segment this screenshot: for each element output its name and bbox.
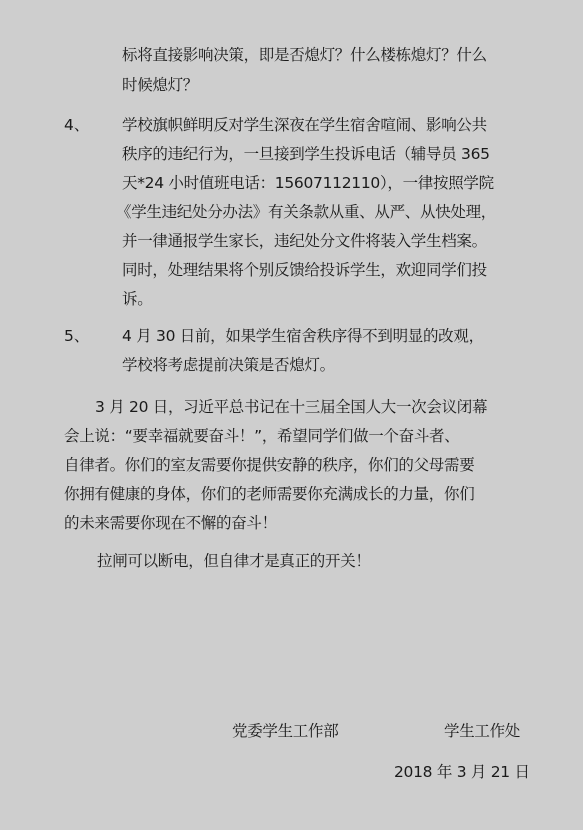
text-line: 天*24 小时值班电话：15607112110），一律按照学院 bbox=[122, 173, 494, 193]
text-line: 学校将考虑提前决策是否熄灯。 bbox=[122, 355, 335, 375]
text-line: 秩序的违纪行为，一旦接到学生投诉电话（辅导员 365 bbox=[122, 144, 490, 164]
signature-date: 2018 年 3 月 21 日 bbox=[394, 762, 530, 782]
text-line: 并一律通报学生家长，违纪处分文件将装入学生档案。 bbox=[122, 231, 487, 251]
list-number: 4、 bbox=[64, 115, 89, 135]
text-line: 4 月 30 日前，如果学生宿舍秩序得不到明显的改观， bbox=[122, 326, 484, 346]
text-line: 同时，处理结果将个别反馈给投诉学生，欢迎同学们投 bbox=[122, 260, 487, 280]
signature-department-1: 党委学生工作部 bbox=[232, 721, 338, 741]
text-line: 《学生违纪处分办法》有关条款从重、从严、从快处理， bbox=[116, 202, 496, 222]
text-line: 你拥有健康的身体，你们的老师需要你充满成长的力量，你们 bbox=[64, 484, 474, 504]
text-line: 标将直接影响决策，即是否熄灯？什么楼栋熄灯？什么 bbox=[122, 45, 487, 65]
text-line: 3 月 20 日，习近平总书记在十三届全国人大一次会议闭幕 bbox=[95, 397, 487, 417]
list-number: 5、 bbox=[64, 326, 89, 346]
signature-department-2: 学生工作处 bbox=[444, 721, 520, 741]
text-line: 自律者。你们的室友需要你提供安静的秩序，你们的父母需要 bbox=[64, 455, 474, 475]
text-line: 诉。 bbox=[122, 289, 152, 309]
text-line: 学校旗帜鲜明反对学生深夜在学生宿舍喧闹、影响公共 bbox=[122, 115, 487, 135]
paragraph-slogan: 拉闸可以断电，但自律才是真正的开关！ bbox=[97, 551, 371, 571]
text-line: 时候熄灯？ bbox=[122, 75, 198, 95]
text-line: 的未来需要你现在不懈的奋斗！ bbox=[64, 513, 277, 533]
text-line: 会上说：“要幸福就要奋斗！”，希望同学们做一个奋斗者、 bbox=[64, 426, 459, 446]
